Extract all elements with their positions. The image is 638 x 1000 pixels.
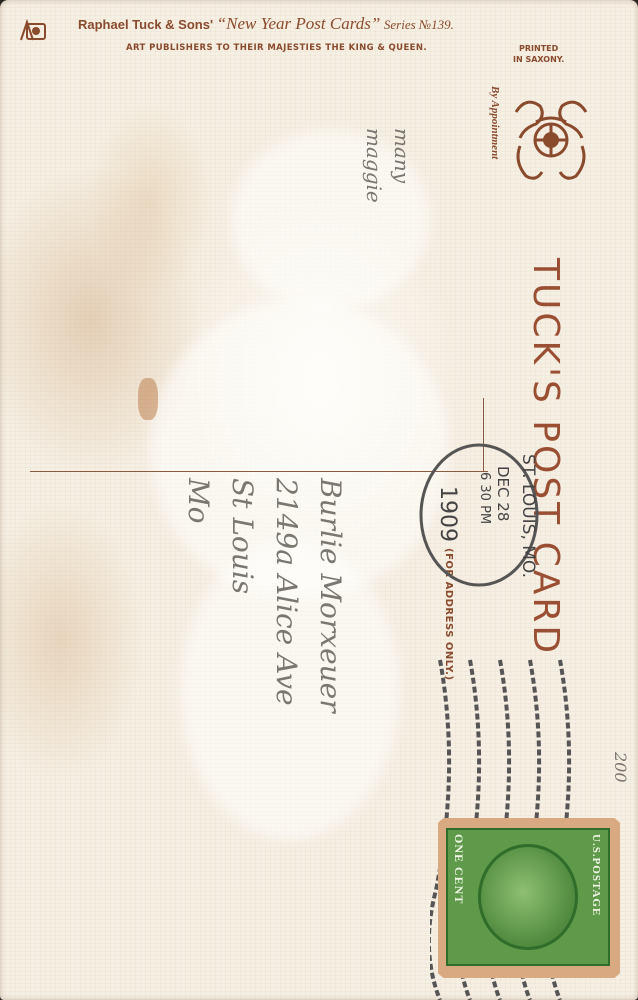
note-line-1: many — [388, 128, 416, 203]
tuck-easel-logo-icon — [18, 18, 48, 42]
postcard-back: Raphael Tuck & Sons' “New Year Post Card… — [0, 0, 638, 1000]
stamp-frame: ONE CENT U.S.POSTAGE — [446, 828, 610, 966]
publisher-line: Raphael Tuck & Sons' “New Year Post Card… — [78, 14, 454, 34]
stamp-denomination: ONE CENT — [452, 834, 468, 962]
postmark-date: DEC 28 — [494, 466, 512, 521]
address-state: Mo — [176, 478, 220, 713]
card-series-title: “New Year Post Cards” — [217, 14, 381, 33]
postmark-time: 6 30 PM — [477, 472, 492, 524]
handwritten-address: Burlie Morxeuer 2149a Alice Ave St Louis… — [176, 478, 352, 713]
by-appointment-text: By Appointment — [489, 86, 501, 159]
stamp-right-text: U.S.POSTAGE — [590, 834, 602, 916]
address-street: 2149a Alice Ave — [264, 478, 308, 713]
postmark-year: 1909 — [435, 486, 460, 542]
series-number: Series №139. — [384, 17, 454, 32]
franklin-portrait-icon — [478, 844, 578, 950]
note-line-2: maggie — [360, 128, 388, 203]
address-recipient: Burlie Morxeuer — [308, 478, 352, 713]
by-appointment: By Appointment — [487, 86, 501, 196]
postmark-text: ST. LOUIS, MO. DEC 28 6 30 PM 1909 — [420, 448, 540, 588]
handwritten-note: many maggie — [360, 128, 416, 203]
printed-label: PRINTED — [513, 43, 564, 54]
stamp-left-text: ONE CENT — [451, 834, 466, 904]
printed-in-saxony: PRINTED IN SAXONY. — [513, 43, 564, 65]
handwritten-corner-mark: 200 — [611, 752, 630, 783]
publisher-company: Raphael Tuck & Sons' — [78, 17, 213, 32]
stamp-country: U.S.POSTAGE — [588, 834, 604, 962]
postage-stamp: ONE CENT U.S.POSTAGE — [438, 818, 620, 978]
stain-spot — [138, 378, 158, 420]
postmark-city: ST. LOUIS, MO. — [518, 454, 538, 578]
saxony-label: IN SAXONY. — [513, 54, 564, 65]
address-city: St Louis — [220, 478, 264, 713]
publisher-subtitle: ART PUBLISHERS TO THEIR MAJESTIES THE KI… — [126, 43, 427, 53]
royal-coat-of-arms-icon — [506, 92, 596, 188]
